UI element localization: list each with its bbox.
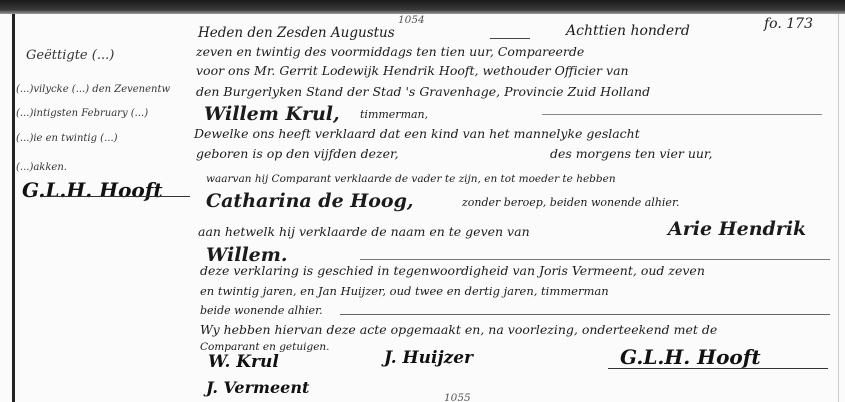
signature-flourish: [40, 196, 190, 197]
mother-name: Catharina de Hoog,: [206, 190, 414, 212]
margin-rule: [12, 14, 15, 402]
act-number: 1054: [398, 14, 425, 26]
register-page: Geëttigte (...) (...)vilycke (...) den Z…: [0, 0, 845, 402]
signature-father: W. Krul: [208, 352, 279, 372]
margin-note-line: (...)akken.: [16, 162, 67, 173]
signature-officer: G.L.H. Hooft: [620, 345, 761, 369]
text-line: Heden den Zesden Augustus: [198, 25, 395, 41]
margin-note-line: (...)intigsten February (...): [16, 108, 148, 119]
text-line: zeven en twintig des voormiddags ten tie…: [196, 44, 584, 59]
scan-top-edge: [0, 0, 845, 14]
margin-note-line: (...)vilycke (...) den Zevenentw: [16, 84, 170, 95]
text-line: geboren is op den vijfden dezer,: [196, 146, 399, 161]
text-line: beide wonende alhier.: [200, 304, 323, 317]
filler-dash: [490, 38, 530, 39]
father-name: Willem Krul,: [204, 103, 340, 125]
text-line: aan hetwelk hij verklaarde de naam en te…: [198, 224, 530, 239]
text-line: Wy hebben hiervan deze acte opgemaakt en…: [200, 322, 717, 337]
text-line: waarvan hij Comparant verklaarde de vade…: [206, 173, 616, 185]
text-line: deze verklaring is geschied in tegenwoor…: [200, 263, 705, 278]
next-act-number: 1055: [444, 392, 471, 402]
text-line: Dewelke ons heeft verklaard dat een kind…: [194, 126, 640, 141]
margin-note-line: (...)ie en twintig (...): [16, 133, 118, 144]
text-line: voor ons Mr. Gerrit Lodewijk Hendrik Hoo…: [196, 63, 629, 78]
signature-flourish: [608, 368, 828, 369]
child-name: Arie Hendrik: [668, 218, 806, 240]
text-line-tail: Achttien honderd: [566, 23, 690, 39]
father-occupation: timmerman,: [360, 108, 428, 121]
text-line-tail: zonder beroep, beiden wonende alhier.: [462, 196, 680, 209]
text-line: den Burgerlyken Stand der Stad 's Graven…: [196, 84, 650, 99]
signature-witness: J. Vermeent: [206, 378, 309, 397]
signature-witness: J. Huijzer: [384, 348, 473, 368]
signature-officer-margin: G.L.H. Hooft: [22, 178, 163, 202]
filler-dash: [542, 114, 822, 115]
text-line-tail: des morgens ten vier uur,: [550, 146, 713, 161]
filler-dash: [340, 314, 830, 315]
folio-number: fo. 173: [764, 16, 813, 32]
right-edge: [838, 14, 839, 402]
margin-note-line: Geëttigte (...): [26, 48, 114, 63]
text-line: en twintig jaren, en Jan Huijzer, oud tw…: [200, 284, 609, 298]
filler-dash: [360, 259, 830, 260]
